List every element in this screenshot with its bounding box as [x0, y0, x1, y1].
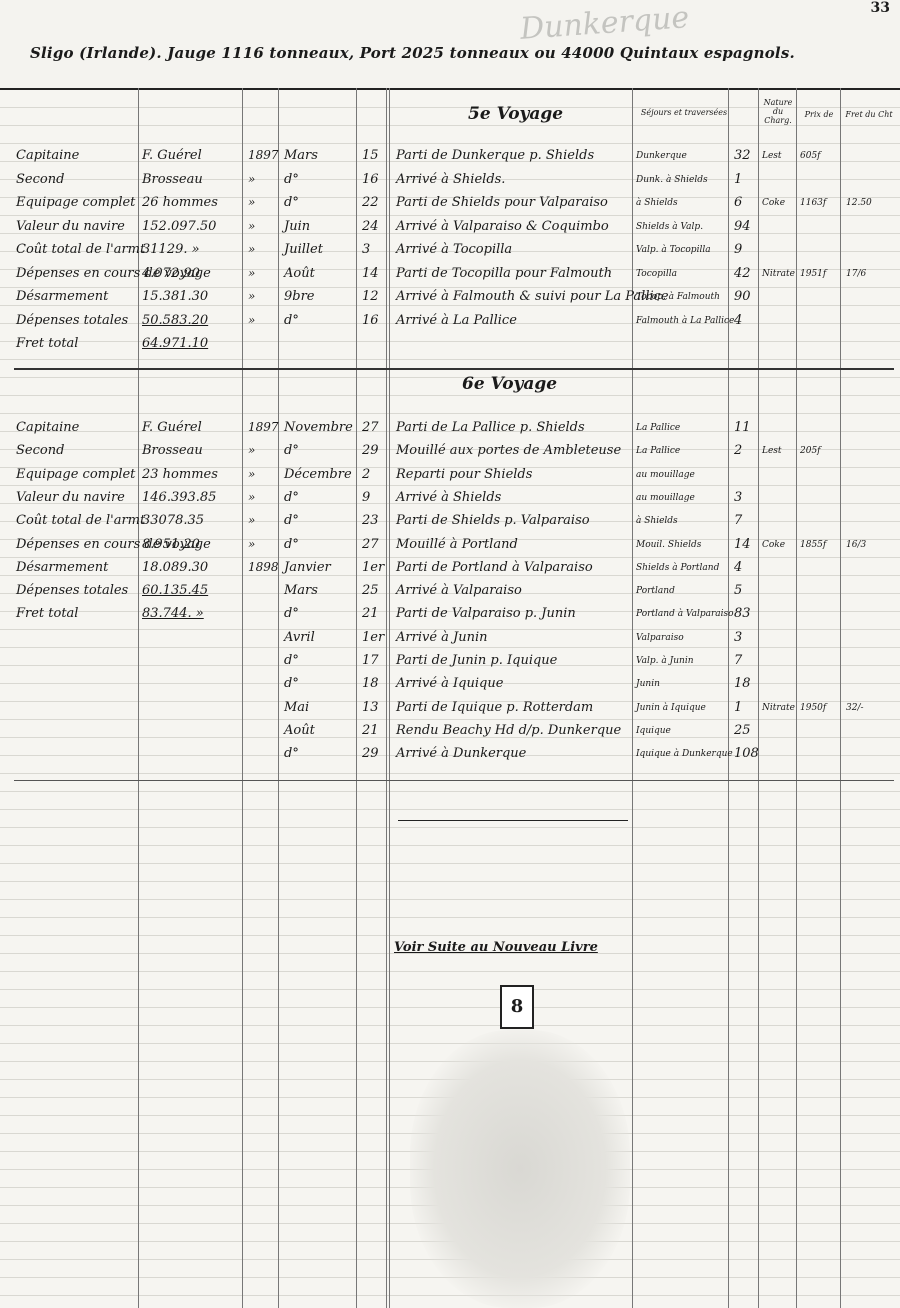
col-header-price: Prix de: [798, 110, 840, 119]
cell-day: 16: [362, 313, 379, 328]
cell-month: d°: [284, 513, 299, 528]
cell-days: 6: [734, 195, 742, 210]
cell-fret: 32/-: [846, 703, 864, 713]
ledger-row: Avril1erArrivé à JuninValparaiso3: [0, 628, 900, 650]
ledger-row: CapitaineF. Guérel1897Mars15Parti de Dun…: [0, 146, 900, 168]
cell-label: Valeur du navire: [16, 219, 125, 234]
cell-event: Mouillé aux portes de Ambleteuse: [396, 443, 621, 458]
cell-days: 4: [734, 560, 742, 575]
cell-month: 9bre: [284, 289, 315, 304]
closing-rule: [398, 820, 628, 821]
cell-day: 13: [362, 700, 379, 715]
cell-value: 83.744. »: [142, 606, 204, 621]
cell-month: Mars: [284, 583, 318, 598]
cell-label: Equipage complet: [16, 467, 135, 482]
cell-place: à Shields: [636, 198, 678, 208]
cell-day: 29: [362, 443, 379, 458]
cell-place: Portland: [636, 586, 675, 596]
cell-price: 205f: [800, 446, 821, 456]
cell-days: 3: [734, 490, 742, 505]
cell-label: Fret total: [16, 336, 78, 351]
ledger-row: d°29Arrivé à DunkerqueIquique à Dunkerqu…: [0, 744, 900, 766]
cell-day: 27: [362, 537, 379, 552]
cell-day: 21: [362, 606, 379, 621]
cell-days: 1: [734, 172, 742, 187]
cell-value: 15.381.30: [142, 289, 208, 304]
continuation-note: Voir Suite au Nouveau Livre: [394, 940, 598, 955]
cell-month: d°: [284, 606, 299, 621]
cell-place: Mouil. Shields: [636, 540, 701, 550]
cell-label: Coût total de l'armt: [16, 513, 145, 528]
cell-day: 14: [362, 266, 379, 281]
cell-month: Mai: [284, 700, 309, 715]
cell-nature: Lest: [762, 446, 782, 456]
col-header-sejours: Séjours et traversées: [640, 108, 728, 117]
cell-days: 14: [734, 537, 751, 552]
cell-label: Second: [16, 443, 64, 458]
cell-place: à Shields: [636, 516, 678, 526]
cell-month: d°: [284, 172, 299, 187]
cell-event: Arrivé à Shields.: [396, 172, 505, 187]
cell-event: Parti de Valparaiso p. Junin: [396, 606, 576, 621]
cell-place: Junin: [636, 679, 660, 689]
cell-day: 21: [362, 723, 379, 738]
ledger-row: Coût total de l'armt33078.35»d°23Parti d…: [0, 511, 900, 533]
cell-day: 2: [362, 467, 370, 482]
cell-label: Capitaine: [16, 148, 79, 163]
cell-label: Désarmement: [16, 289, 108, 304]
cell-day: 16: [362, 172, 379, 187]
cell-year: »: [248, 266, 255, 280]
cell-event: Parti de Dunkerque p. Shields: [396, 148, 594, 163]
cell-year: »: [248, 537, 255, 551]
cell-price: 1951f: [800, 269, 826, 279]
cell-day: 15: [362, 148, 379, 163]
ledger-page: Dunkerque Sligo (Irlande). Jauge 1116 to…: [0, 0, 900, 1308]
cell-label: Dépenses totales: [16, 583, 128, 598]
cell-year: »: [248, 467, 255, 481]
cell-value: 33078.35: [142, 513, 204, 528]
cell-event: Arrivé à Dunkerque: [396, 746, 526, 761]
cell-days: 11: [734, 420, 751, 435]
cell-month: d°: [284, 676, 299, 691]
cell-month: Avril: [284, 630, 315, 645]
cell-place: Tocopilla: [636, 269, 677, 279]
cell-day: 17: [362, 653, 379, 668]
cell-month: Mars: [284, 148, 318, 163]
cell-year: »: [248, 289, 255, 303]
cell-month: d°: [284, 313, 299, 328]
ledger-row: Dépenses en cours de voyage4.072.90»Août…: [0, 264, 900, 286]
ledger-row: Fret total64.971.10: [0, 334, 900, 356]
cell-fret: 17/6: [846, 269, 866, 279]
cell-year: »: [248, 172, 255, 186]
cell-day: 1er: [362, 560, 384, 575]
cell-value: 60.135.45: [142, 583, 208, 598]
cell-event: Parti de Portland à Valparaiso: [396, 560, 593, 575]
ledger-row: Dépenses en cours de voyage8.951.20»d°27…: [0, 535, 900, 557]
cell-event: Rendu Beachy Hd d/p. Dunkerque: [396, 723, 621, 738]
cell-nature: Nitrate: [762, 269, 795, 279]
cell-days: 42: [734, 266, 751, 281]
cell-days: 90: [734, 289, 751, 304]
cell-event: Arrivé à La Pallice: [396, 313, 517, 328]
cell-event: Arrivé à Valparaiso & Coquimbo: [396, 219, 609, 234]
cell-year: »: [248, 490, 255, 504]
cell-day: 1er: [362, 630, 384, 645]
cell-day: 27: [362, 420, 379, 435]
cell-value: Brosseau: [142, 443, 203, 458]
col-header-fret: Fret du Cht: [842, 110, 896, 119]
cell-day: 24: [362, 219, 379, 234]
cell-event: Parti de Junin p. Iquique: [396, 653, 557, 668]
cell-day: 23: [362, 513, 379, 528]
ledger-row: Août21Rendu Beachy Hd d/p. DunkerqueIqui…: [0, 721, 900, 743]
ledger-row: Equipage complet23 hommes»Décembre2Repar…: [0, 465, 900, 487]
cell-year: 1897: [248, 420, 279, 434]
cell-event: Mouillé à Portland: [396, 537, 518, 552]
cell-event: Arrivé à Falmouth & suivi pour La Pallic…: [396, 289, 669, 304]
ledger-row: CapitaineF. Guérel1897Novembre27Parti de…: [0, 418, 900, 440]
cell-place: Shields à Valp.: [636, 222, 703, 232]
cell-year: 1898: [248, 560, 279, 574]
ship-description: Sligo (Irlande). Jauge 1116 tonneaux, Po…: [30, 44, 795, 62]
cell-value: 23 hommes: [142, 467, 218, 482]
cell-days: 2: [734, 443, 742, 458]
register-number-box: 8: [500, 985, 534, 1029]
cell-days: 5: [734, 583, 742, 598]
cell-label: Valeur du navire: [16, 490, 125, 505]
cell-nature: Coke: [762, 540, 785, 550]
cell-price: 1855f: [800, 540, 826, 550]
cell-days: 7: [734, 653, 742, 668]
cell-place: au mouillage: [636, 470, 695, 480]
page-number: 33: [871, 0, 890, 16]
cell-event: Arrivé à Valparaiso: [396, 583, 522, 598]
cell-label: Désarmement: [16, 560, 108, 575]
cell-year: 1897: [248, 148, 279, 162]
cell-day: 18: [362, 676, 379, 691]
voyage5-title: 5e Voyage: [468, 104, 563, 124]
cell-nature: Coke: [762, 198, 785, 208]
ledger-row: d°18Arrivé à IquiqueJunin18: [0, 674, 900, 696]
cell-month: d°: [284, 443, 299, 458]
cell-event: Parti de Iquique p. Rotterdam: [396, 700, 593, 715]
cell-day: 29: [362, 746, 379, 761]
cell-month: d°: [284, 746, 299, 761]
cell-month: Novembre: [284, 420, 353, 435]
cell-event: Parti de Tocopilla pour Falmouth: [396, 266, 612, 281]
cell-nature: Lest: [762, 151, 782, 161]
cell-month: Juin: [284, 219, 310, 234]
cell-days: 4: [734, 313, 742, 328]
cell-month: Août: [284, 266, 315, 281]
cell-place: Valp. à Junin: [636, 656, 694, 666]
cell-day: 9: [362, 490, 370, 505]
cell-label: Equipage complet: [16, 195, 135, 210]
cell-year: »: [248, 195, 255, 209]
cell-days: 3: [734, 630, 742, 645]
cell-days: 18: [734, 676, 751, 691]
cell-month: d°: [284, 195, 299, 210]
cell-place: Portland à Valparaiso: [636, 609, 734, 619]
cell-price: 1950f: [800, 703, 826, 713]
cell-event: Parti de Shields pour Valparaiso: [396, 195, 608, 210]
cell-event: Reparti pour Shields: [396, 467, 532, 482]
cell-value: F. Guérel: [142, 420, 202, 435]
cell-month: Août: [284, 723, 315, 738]
cell-place: Iquique à Dunkerque: [636, 749, 733, 759]
ledger-row: Equipage complet26 hommes»d°22Parti de S…: [0, 193, 900, 215]
cell-price: 1163f: [800, 198, 826, 208]
cell-days: 94: [734, 219, 751, 234]
ledger-row: Dépenses totales60.135.45Mars25Arrivé à …: [0, 581, 900, 603]
cell-label: Fret total: [16, 606, 78, 621]
cell-event: Arrivé à Tocopilla: [396, 242, 512, 257]
cell-value: Brosseau: [142, 172, 203, 187]
section-divider: [14, 780, 894, 781]
stamp: Dunkerque: [519, 0, 690, 47]
section-divider: [14, 368, 894, 370]
cell-fret: 12.50: [846, 198, 872, 208]
cell-month: Juillet: [284, 242, 323, 257]
cell-day: 12: [362, 289, 379, 304]
cell-value: 8.951.20: [142, 537, 200, 552]
cell-value: 4.072.90: [142, 266, 200, 281]
cell-event: Parti de Shields p. Valparaiso: [396, 513, 590, 528]
cell-place: Junin à Iquique: [636, 703, 706, 713]
ledger-row: Coût total de l'armt31129. »»Juillet3Arr…: [0, 240, 900, 262]
cell-day: 22: [362, 195, 379, 210]
ledger-row: Désarmement15.381.30»9bre12Arrivé à Falm…: [0, 287, 900, 309]
cell-month: d°: [284, 490, 299, 505]
cell-event: Parti de La Pallice p. Shields: [396, 420, 585, 435]
cell-place: Shields à Portland: [636, 563, 719, 573]
cell-place: La Pallice: [636, 446, 680, 456]
cell-day: 3: [362, 242, 370, 257]
cell-value: F. Guérel: [142, 148, 202, 163]
page-header: Dunkerque Sligo (Irlande). Jauge 1116 to…: [0, 0, 900, 90]
cell-place: Iquique: [636, 726, 671, 736]
ledger-row: SecondBrosseau»d°29Mouillé aux portes de…: [0, 441, 900, 463]
cell-place: Dunk. à Shields: [636, 175, 708, 185]
cell-price: 605f: [800, 151, 821, 161]
cell-label: Coût total de l'armt: [16, 242, 145, 257]
cell-year: »: [248, 242, 255, 256]
cell-label: Second: [16, 172, 64, 187]
voyage6-title: 6e Voyage: [462, 374, 557, 394]
cell-month: Décembre: [284, 467, 352, 482]
cell-month: Janvier: [284, 560, 331, 575]
cell-event: Arrivé à Shields: [396, 490, 501, 505]
cell-place: Valparaiso: [636, 633, 684, 643]
cell-days: 1: [734, 700, 742, 715]
col-header-nature: Nature du Charg.: [760, 98, 796, 125]
cell-event: Arrivé à Junin: [396, 630, 488, 645]
cell-value: 152.097.50: [142, 219, 216, 234]
cell-value: 18.089.30: [142, 560, 208, 575]
cell-year: »: [248, 219, 255, 233]
cell-nature: Nitrate: [762, 703, 795, 713]
cell-value: 146.393.85: [142, 490, 216, 505]
cell-value: 64.971.10: [142, 336, 208, 351]
cell-place: Valp. à Tocopilla: [636, 245, 711, 255]
cell-year: »: [248, 443, 255, 457]
cell-days: 9: [734, 242, 742, 257]
ledger-row: Dépenses totales50.583.20»d°16Arrivé à L…: [0, 311, 900, 333]
cell-days: 7: [734, 513, 742, 528]
cell-year: »: [248, 313, 255, 327]
cell-label: Dépenses totales: [16, 313, 128, 328]
cell-month: d°: [284, 653, 299, 668]
ledger-row: Mai13Parti de Iquique p. RotterdamJunin …: [0, 698, 900, 720]
cell-fret: 16/3: [846, 540, 866, 550]
cell-days: 32: [734, 148, 751, 163]
ink-smudge: [410, 1030, 630, 1308]
ledger-row: Valeur du navire152.097.50»Juin24Arrivé …: [0, 217, 900, 239]
cell-place: La Pallice: [636, 423, 680, 433]
ledger-row: d°17Parti de Junin p. IquiqueValp. à Jun…: [0, 651, 900, 673]
cell-place: au mouillage: [636, 493, 695, 503]
ledger-row: SecondBrosseau»d°16Arrivé à Shields.Dunk…: [0, 170, 900, 192]
cell-label: Capitaine: [16, 420, 79, 435]
cell-value: 50.583.20: [142, 313, 208, 328]
cell-days: 83: [734, 606, 751, 621]
cell-place: Falmouth à La Pallice: [636, 316, 734, 326]
cell-days: 25: [734, 723, 751, 738]
ledger-row: Fret total83.744. »d°21Parti de Valparai…: [0, 604, 900, 626]
ledger-row: Valeur du navire146.393.85»d°9Arrivé à S…: [0, 488, 900, 510]
cell-year: »: [248, 513, 255, 527]
ledger-row: Désarmement18.089.301898Janvier1erParti …: [0, 558, 900, 580]
cell-value: 26 hommes: [142, 195, 218, 210]
cell-month: d°: [284, 537, 299, 552]
cell-value: 31129. »: [142, 242, 200, 257]
cell-place: Dunkerque: [636, 151, 687, 161]
cell-day: 25: [362, 583, 379, 598]
cell-place: Tocop. à Falmouth: [636, 292, 720, 302]
cell-days: 108: [734, 746, 759, 761]
cell-event: Arrivé à Iquique: [396, 676, 503, 691]
